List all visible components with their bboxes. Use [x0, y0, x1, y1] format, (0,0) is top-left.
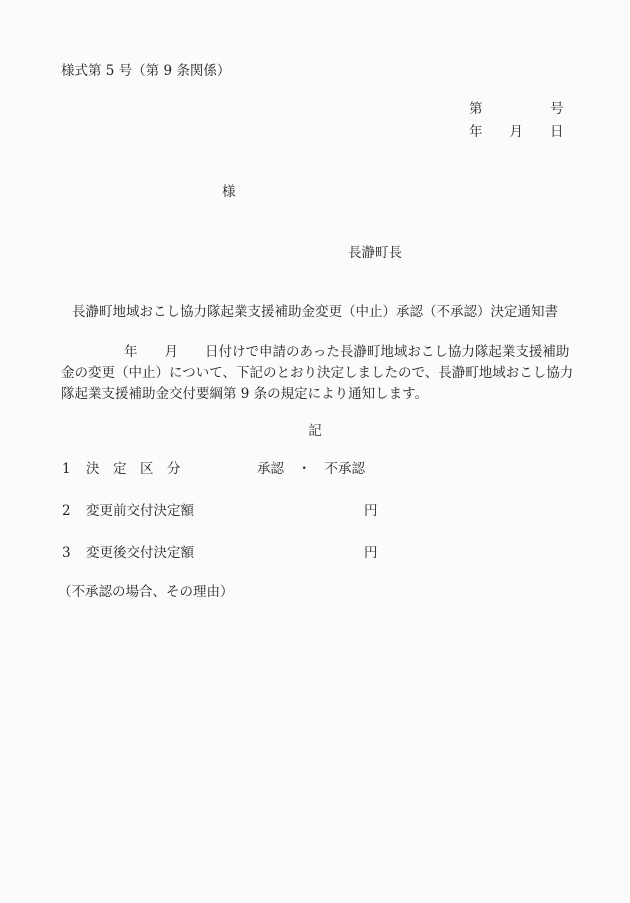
sender-title: 長瀞町長 — [348, 245, 402, 261]
document-title: 長瀞町地域おこし協力隊起業支援補助金変更（中止）承認（不承認）決定通知書 — [72, 304, 558, 320]
body-paragraph-line-3: 隊起業支援補助金交付要綱第 9 条の規定により通知します。 — [61, 386, 428, 402]
rejection-reason-note: （不承認の場合、その理由） — [58, 584, 234, 600]
post-change-amount-row: 3 変更後交付決定額 円 — [0, 545, 630, 563]
body-paragraph-line-2: 金の変更（中止）について、下記のとおり決定しましたので、長瀞町地域おこし協力 — [61, 365, 573, 381]
body-paragraph-line-1: 年 月 日付けで申請のあった長瀞町地域おこし協力隊起業支援補助 — [124, 344, 569, 360]
item-value-approval-options: 承認 ・ 不承認 — [257, 461, 365, 477]
document-number-line: 第 号 — [469, 101, 564, 117]
item-label-decision-category: 決 定 区 分 — [86, 461, 181, 477]
item-label-post-change-amount: 変更後交付決定額 — [86, 545, 194, 561]
addressee-suffix: 様 — [222, 184, 236, 200]
pre-change-amount-row: 2 変更前交付決定額 円 — [0, 503, 630, 521]
form-number: 様式第 5 号（第 9 条関係） — [61, 63, 230, 79]
item-label-pre-change-amount: 変更前交付決定額 — [86, 503, 194, 519]
item-number: 1 — [62, 461, 71, 477]
decision-item-row: 1 決 定 区 分 承認 ・ 不承認 — [0, 461, 630, 479]
document-page: 様式第 5 号（第 9 条関係） 第 号 年 月 日 様 長瀞町長 長瀞町地域お… — [0, 0, 630, 903]
item-unit-yen: 円 — [364, 503, 378, 519]
item-number: 3 — [62, 545, 71, 561]
record-marker: 記 — [0, 423, 630, 439]
item-unit-yen: 円 — [364, 545, 378, 561]
item-number: 2 — [62, 503, 71, 519]
date-line: 年 月 日 — [469, 124, 564, 140]
